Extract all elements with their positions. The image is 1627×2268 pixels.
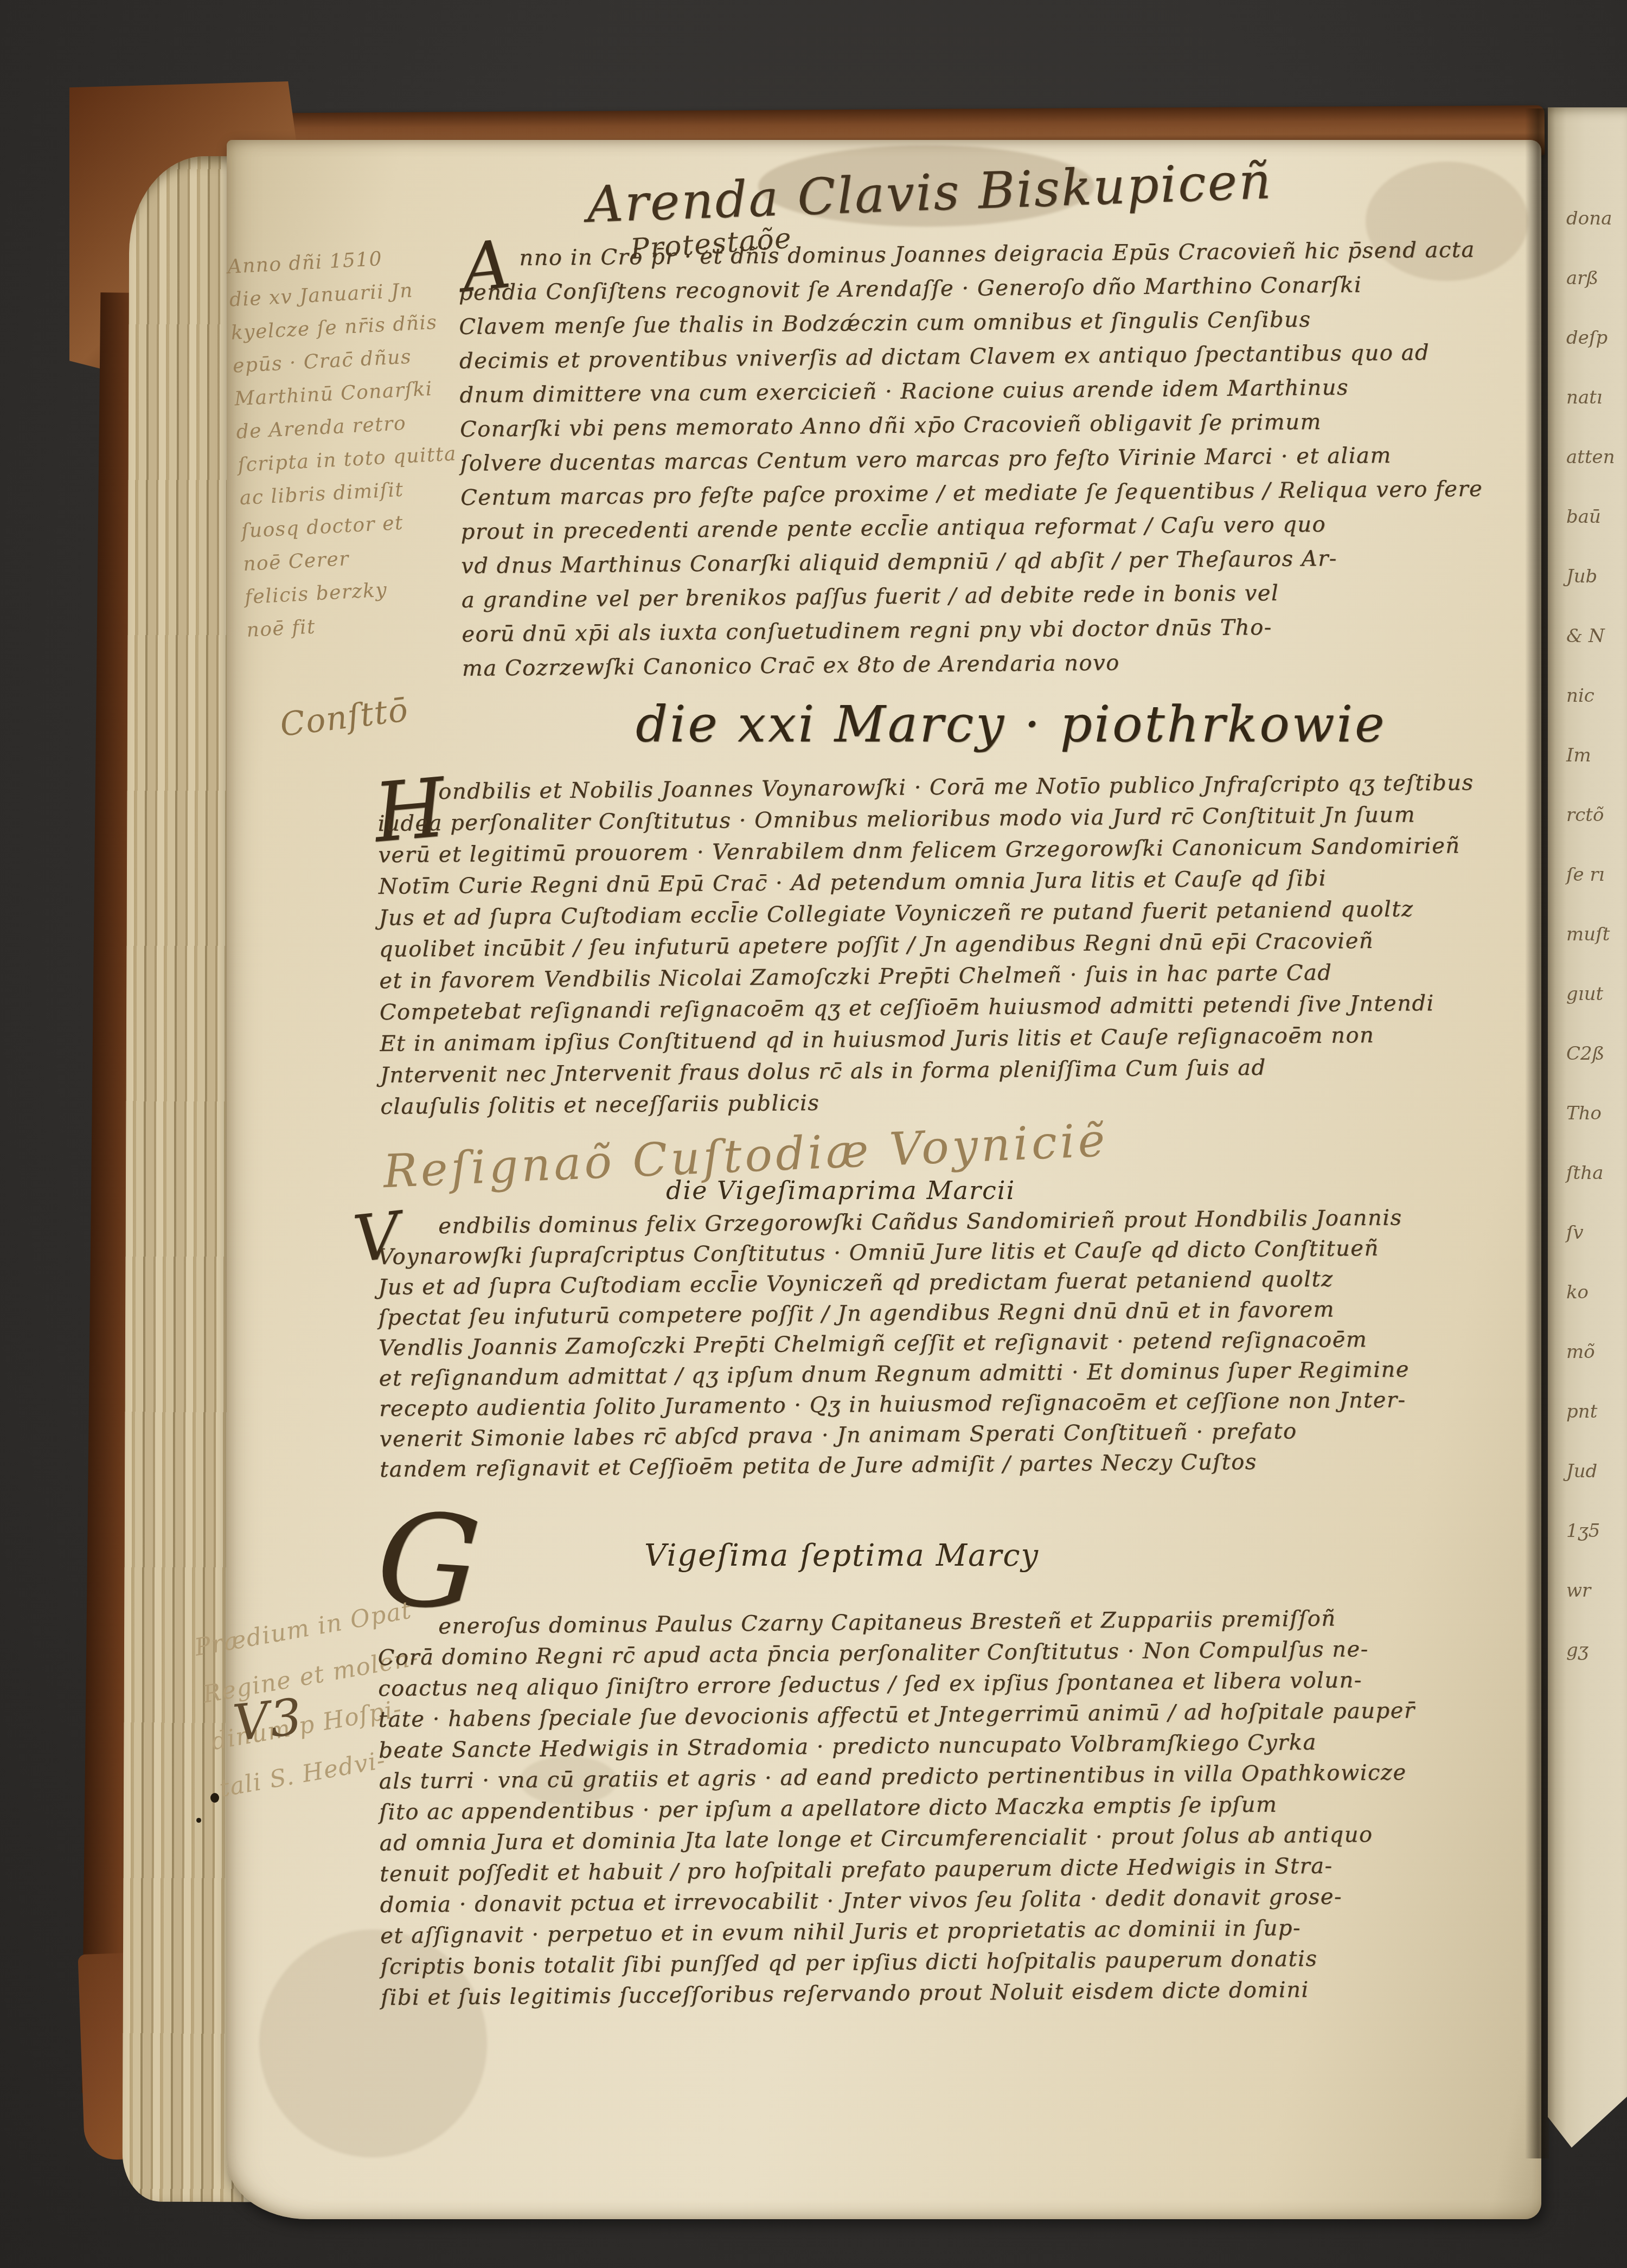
entry2-body-paragraph: ondbilis et Nobilis Joannes Voynarowſki …	[377, 766, 1552, 1123]
text-line: arß	[1566, 248, 1626, 308]
manuscript-photo: donaarßdeſpnatıattenbaūJub& NnicImrctõſe…	[0, 0, 1627, 2268]
text-line: pnt	[1566, 1382, 1626, 1441]
entry3-body-paragraph: endbilis dominus felix Grzegorowſki Cañd…	[377, 1201, 1551, 1485]
text-line: Tho	[1566, 1084, 1626, 1143]
text-line: mõ	[1566, 1322, 1626, 1382]
ink-speck	[196, 1818, 201, 1823]
text-line: Jub	[1566, 547, 1626, 606]
text-line: Jud	[1566, 1441, 1626, 1501]
entry4-subheading: Vigeſima ſeptima Marcy	[644, 1538, 1039, 1573]
text-line: muſt	[1566, 905, 1626, 964]
text-line: ſe rı	[1566, 845, 1626, 905]
text-line: baū	[1566, 487, 1626, 547]
text-line: ſtha	[1566, 1143, 1626, 1203]
text-line: natı	[1566, 368, 1626, 427]
entry1-body-paragraph: nno in Crō p̄r · et dñis dominus Joannes…	[458, 232, 1552, 686]
entry3-subheading: die Vigeſimaprima Marcii	[666, 1176, 1015, 1205]
text-line: nic	[1566, 666, 1626, 726]
text-line: 1ʒ5	[1566, 1501, 1626, 1561]
text-line: ſv	[1566, 1203, 1626, 1263]
ink-speck	[210, 1793, 219, 1803]
text-line: C2ß	[1566, 1024, 1626, 1084]
text-line: gʒ	[1566, 1620, 1626, 1680]
text-line: rctõ	[1566, 785, 1626, 845]
facing-page-text-fragments: donaarßdeſpnatıattenbaūJub& NnicImrctõſe…	[1566, 189, 1626, 1680]
entry2-heading: die xxi Marcy · piothrkowie	[636, 695, 1386, 753]
text-line: deſp	[1566, 308, 1626, 368]
text-line: atten	[1566, 427, 1626, 487]
text-line: ko	[1566, 1263, 1626, 1322]
entry4-margin-nota-mark: V3	[230, 1688, 305, 1753]
text-line: Im	[1566, 726, 1626, 785]
text-line: wr	[1566, 1561, 1626, 1620]
text-line: & N	[1566, 606, 1626, 666]
entry4-body-paragraph: eneroſus dominus Paulus Czarny Capitaneu…	[377, 1601, 1568, 2014]
text-line: dona	[1566, 189, 1626, 248]
text-line: gıut	[1566, 964, 1626, 1024]
